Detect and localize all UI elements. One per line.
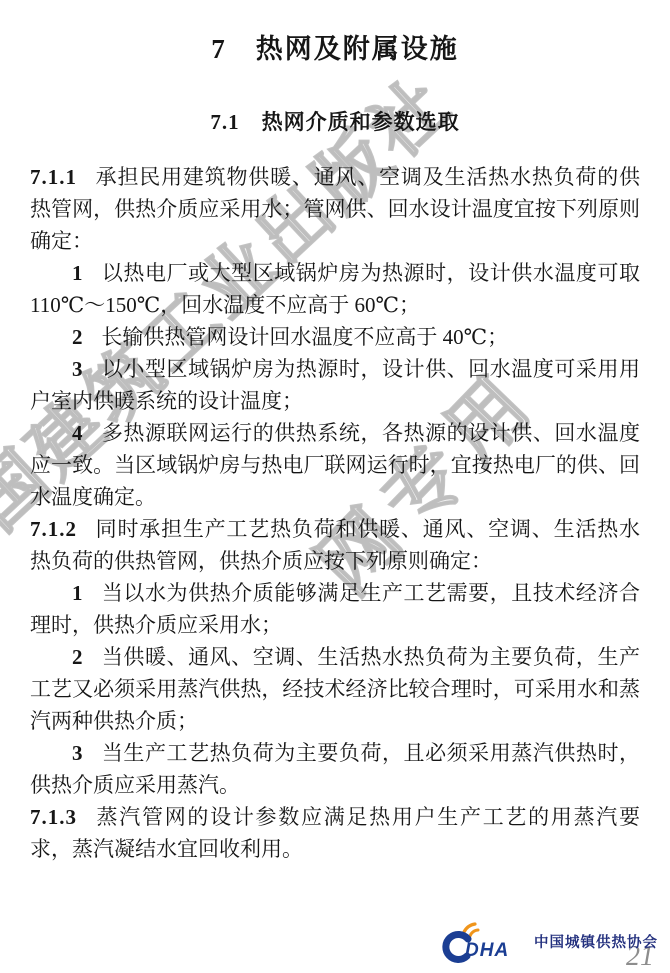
paragraph-label: 3 [72, 741, 84, 765]
body-paragraphs: 7.1.1承担民用建筑物供暖、通风、空调及生活热水热负荷的供热管网，供热介质应采… [30, 161, 640, 865]
paragraph-text: 多热源联网运行的供热系统，各热源的设计供、回水温度应一致。当区域锅炉房与热电厂联… [30, 421, 640, 509]
paragraph-label: 3 [72, 357, 84, 381]
paragraph-label: 4 [72, 421, 84, 445]
paragraph: 2长输供热管网设计回水温度不应高于 40℃； [30, 321, 640, 353]
document-page: 中国建筑工业出版社 网专用 7 热网及附属设施 7.1 热网介质和参数选取 7.… [0, 0, 670, 973]
chapter-title: 7 热网及附属设施 [30, 27, 640, 66]
cdha-logo-icon: DHA [437, 919, 529, 963]
section-title: 7.1 热网介质和参数选取 [30, 106, 640, 136]
paragraph-text: 当生产工艺热负荷为主要负荷，且必须采用蒸汽供热时，供热介质应采用蒸汽。 [30, 741, 640, 797]
paragraph-label: 1 [72, 261, 84, 285]
paragraph-text: 以小型区域锅炉房为热源时，设计供、回水温度可采用用户室内供暖系统的设计温度； [30, 357, 640, 413]
paragraph: 1以热电厂或大型区域锅炉房为热源时，设计供水温度可取 110℃～150℃，回水温… [30, 257, 640, 321]
paragraph-text: 同时承担生产工艺热负荷和供暖、通风、空调、生活热水热负荷的供热管网，供热介质应按… [30, 517, 640, 573]
paragraph: 1当以水为供热介质能够满足生产工艺需要，且技术经济合理时，供热介质应采用水； [30, 577, 640, 641]
paragraph-label: 7.1.3 [30, 805, 77, 829]
paragraph: 3以小型区域锅炉房为热源时，设计供、回水温度可采用用户室内供暖系统的设计温度； [30, 353, 640, 417]
paragraph-label: 2 [72, 645, 84, 669]
paragraph-text: 以热电厂或大型区域锅炉房为热源时，设计供水温度可取 110℃～150℃，回水温度… [30, 261, 640, 317]
paragraph-text: 承担民用建筑物供暖、通风、空调及生活热水热负荷的供热管网，供热介质应采用水；管网… [30, 165, 640, 253]
paragraph: 2当供暖、通风、空调、生活热水热负荷为主要负荷，生产工艺又必须采用蒸汽供热，经技… [30, 641, 640, 737]
logo-association-name: 中国城镇供热协会 [534, 931, 658, 952]
paragraph: 7.1.2同时承担生产工艺热负荷和供暖、通风、空调、生活热水热负荷的供热管网，供… [30, 513, 640, 577]
logo-acronym: DHA [465, 940, 509, 961]
cdha-logo: DHA 中国城镇供热协会 [437, 919, 658, 963]
paragraph: 3当生产工艺热负荷为主要负荷，且必须采用蒸汽供热时，供热介质应采用蒸汽。 [30, 737, 640, 801]
paragraph-text: 当供暖、通风、空调、生活热水热负荷为主要负荷，生产工艺又必须采用蒸汽供热，经技术… [30, 645, 640, 733]
paragraph: 7.1.1承担民用建筑物供暖、通风、空调及生活热水热负荷的供热管网，供热介质应采… [30, 161, 640, 257]
paragraph-label: 7.1.2 [30, 517, 77, 541]
paragraph-text: 蒸汽管网的设计参数应满足热用户生产工艺的用蒸汽要求，蒸汽凝结水宜回收利用。 [30, 805, 640, 861]
paragraph-text: 当以水为供热介质能够满足生产工艺需要，且技术经济合理时，供热介质应采用水； [30, 581, 640, 637]
paragraph-text: 长输供热管网设计回水温度不应高于 40℃； [101, 325, 508, 349]
page-content: 7 热网及附属设施 7.1 热网介质和参数选取 7.1.1承担民用建筑物供暖、通… [0, 27, 670, 865]
paragraph-label: 2 [72, 325, 84, 349]
paragraph-label: 7.1.1 [30, 165, 77, 189]
paragraph: 4多热源联网运行的供热系统，各热源的设计供、回水温度应一致。当区域锅炉房与热电厂… [30, 417, 640, 513]
paragraph-label: 1 [72, 581, 84, 605]
paragraph: 7.1.3蒸汽管网的设计参数应满足热用户生产工艺的用蒸汽要求，蒸汽凝结水宜回收利… [30, 801, 640, 865]
